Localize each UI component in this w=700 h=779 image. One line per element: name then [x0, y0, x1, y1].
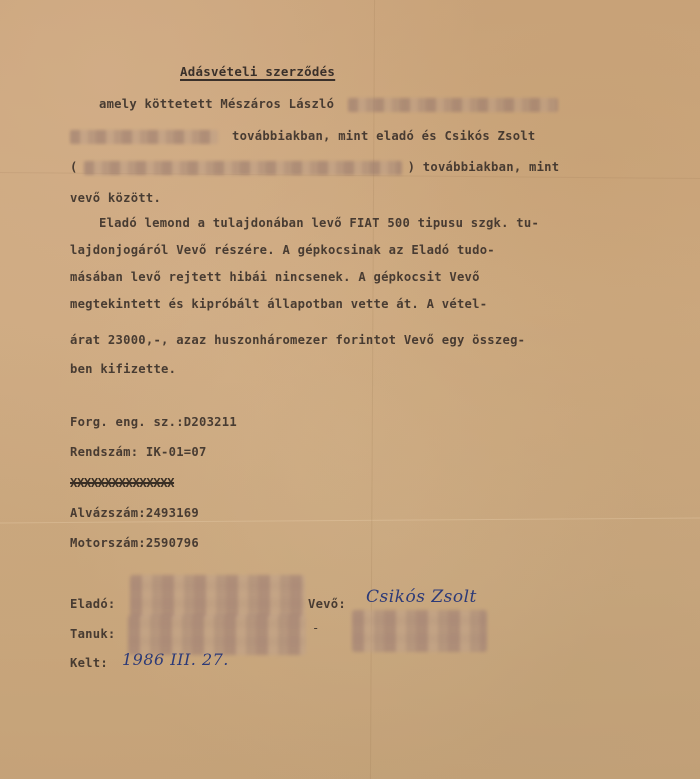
redacted-address [84, 161, 402, 175]
seller-label: Eladó: [70, 597, 116, 611]
registration-doc-number: Forg. eng. sz.:D203211 [70, 415, 237, 429]
paper-crease [370, 0, 375, 779]
paragraph2-line: lajdonjogáról Vevő részére. A gépkocsina… [70, 243, 495, 257]
paragraph1-line3: () továbbiakban, mint [70, 160, 559, 175]
document-title: Adásvételi szerződés [180, 64, 335, 79]
paragraph2-line: megtekintett és kipróbált állapotban vet… [70, 297, 487, 311]
witnesses-label: Tanuk: [70, 627, 116, 641]
scanned-contract-page: Adásvételi szerződés amely köttetett Més… [0, 0, 700, 779]
struck-out-line: XXXXXXXXXXXXXXX [70, 476, 174, 490]
engine-number: Motorszám:2590796 [70, 536, 199, 550]
paragraph1-line1: amely köttetett Mészáros László [99, 97, 558, 112]
witness-dash: - [312, 621, 320, 635]
date-label: Kelt: [70, 656, 108, 670]
redacted-witness-signature [352, 610, 487, 652]
handwritten-date: 1986 III. 27. [122, 650, 229, 669]
license-plate: Rendszám: IK-01=07 [70, 445, 207, 459]
redacted-witness-signature [128, 615, 306, 655]
paragraph2-line: árat 23000,-, azaz huszonháromezer forin… [70, 333, 525, 347]
redacted-address [348, 98, 558, 112]
paragraph2-line: másában levő rejtett hibái nincsenek. A … [70, 270, 480, 284]
redacted-address [70, 130, 218, 144]
paragraph2-line: Eladó lemond a tulajdonában levő FIAT 50… [99, 216, 539, 230]
buyer-signature: Csikós Zsolt [366, 587, 477, 607]
paragraph1-line4: vevő között. [70, 191, 161, 205]
paragraph1-line2: továbbiakban, mint eladó és Csikós Zsolt [70, 129, 536, 144]
chassis-number: Alvázszám:2493169 [70, 506, 199, 520]
paragraph2-line: ben kifizette. [70, 362, 176, 376]
buyer-label: Vevő: [308, 597, 346, 611]
redacted-seller-signature [130, 575, 305, 617]
